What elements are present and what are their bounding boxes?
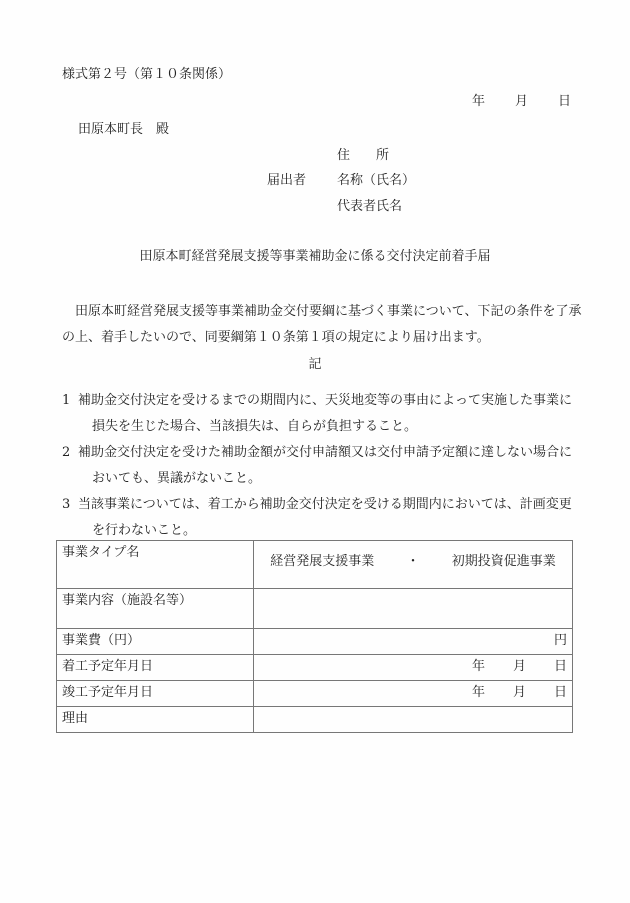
label-business-cost: 事業費（円） <box>57 629 254 655</box>
condition-item: 3 当該事業については、着工から補助金交付決定を受ける期間内においては、計画変更… <box>62 492 582 544</box>
conditions-list: 1 補助金交付決定を受けるまでの期間内に、天災地変等の事由によって実施した事業に… <box>62 388 582 544</box>
table-row-business-content: 事業内容（施設名等） <box>57 589 573 629</box>
condition-number: 2 <box>62 440 70 466</box>
option-management-development[interactable]: 経営発展支援事業 <box>270 553 374 571</box>
condition-item: 1 補助金交付決定を受けるまでの期間内に、天災地変等の事由によって実施した事業に… <box>62 388 582 440</box>
date-day: 日 <box>558 94 571 110</box>
yen-unit: 円 <box>554 633 567 648</box>
label-business-content: 事業内容（施設名等） <box>57 589 254 629</box>
submission-date: 年月日 <box>472 94 571 110</box>
body-paragraph: 田原本町経営発展支援等事業補助金交付要綱に基づく事業について、下記の条件を了承の… <box>62 299 582 351</box>
start-date-field[interactable]: 年月日 <box>254 655 573 681</box>
date-month: 月 <box>515 94 528 110</box>
document-title: 田原本町経営発展支援等事業補助金に係る交付決定前着手届 <box>0 249 630 265</box>
start-day: 日 <box>554 658 567 676</box>
completion-month: 月 <box>513 684 526 702</box>
completion-date-field[interactable]: 年月日 <box>254 681 573 707</box>
label-reason: 理由 <box>57 707 254 733</box>
table-row-start-date: 着工予定年月日 年月日 <box>57 655 573 681</box>
option-separator: ・ <box>406 553 419 571</box>
address-label: 住 所 <box>337 148 389 164</box>
condition-text: 補助金交付決定を受けた補助金額が交付申請額又は交付申請予定額に達しない場合におい… <box>78 440 582 492</box>
start-month: 月 <box>513 658 526 676</box>
date-year: 年 <box>472 94 485 110</box>
label-business-type: 事業タイプ名 <box>57 541 254 589</box>
representative-label: 代表者氏名 <box>337 199 402 215</box>
name-label: 名称（氏名） <box>337 173 415 189</box>
label-completion-date: 竣工予定年月日 <box>57 681 254 707</box>
condition-number: 3 <box>62 492 70 518</box>
table-row-business-type: 事業タイプ名 経営発展支援事業 ・ 初期投資促進事業 <box>57 541 573 589</box>
application-table: 事業タイプ名 経営発展支援事業 ・ 初期投資促進事業 事業内容（施設名等） 事業… <box>56 540 573 733</box>
table-row-reason: 理由 <box>57 707 573 733</box>
table-row-business-cost: 事業費（円） 円 <box>57 629 573 655</box>
completion-year: 年 <box>472 684 485 702</box>
completion-day: 日 <box>554 684 567 702</box>
start-year: 年 <box>472 658 485 676</box>
label-start-date: 着工予定年月日 <box>57 655 254 681</box>
condition-item: 2 補助金交付決定を受けた補助金額が交付申請額又は交付申請予定額に達しない場合に… <box>62 440 582 492</box>
addressee: 田原本町長 殿 <box>78 122 169 138</box>
reason-field[interactable] <box>254 707 573 733</box>
table-row-completion-date: 竣工予定年月日 年月日 <box>57 681 573 707</box>
business-type-options[interactable]: 経営発展支援事業 ・ 初期投資促進事業 <box>254 541 573 589</box>
condition-number: 1 <box>62 388 70 414</box>
submitter-label: 届出者 <box>267 173 306 189</box>
condition-text: 当該事業については、着工から補助金交付決定を受ける期間内においては、計画変更を行… <box>78 492 582 544</box>
ki-heading: 記 <box>0 357 630 373</box>
form-number: 様式第２号（第１０条関係） <box>62 67 231 83</box>
business-content-field[interactable] <box>254 589 573 629</box>
condition-text: 補助金交付決定を受けるまでの期間内に、天災地変等の事由によって実施した事業に損失… <box>78 388 582 440</box>
option-initial-investment[interactable]: 初期投資促進事業 <box>452 553 556 571</box>
business-cost-field[interactable]: 円 <box>254 629 573 655</box>
